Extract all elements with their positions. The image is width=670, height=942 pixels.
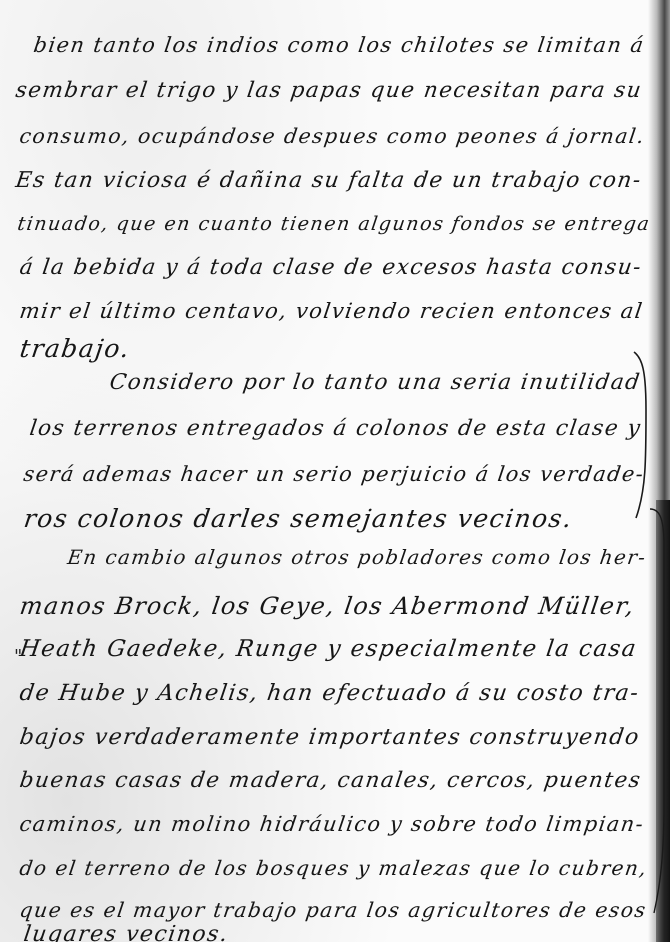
text-line-6: á la bebida y á toda clase de excesos ha… [18, 255, 644, 280]
manuscript-page: " bien tanto los indios como los chilote… [0, 0, 670, 942]
text-line-21: que es el mayor trabajo para los agricul… [18, 898, 648, 922]
text-line-12: ros colonos darles semejantes vecinos. [22, 504, 575, 533]
text-line-19: caminos, un molino hidráulico y sobre to… [18, 812, 646, 836]
text-line-5: tinuado, que en cuanto tienen algunos fo… [16, 212, 652, 235]
text-line-17: bajos verdaderamente importantes constru… [18, 724, 642, 750]
text-line-1: bien tanto los indios como los chilotes … [32, 33, 646, 57]
text-line-22: lugares vecinos. [22, 922, 230, 942]
text-line-11: será ademas hacer un serio perjuicio á l… [22, 462, 646, 486]
text-line-10: los terrenos entregados á colonos de est… [28, 416, 643, 441]
text-line-15: Heath Gaedeke, Runge y especialmente la … [18, 636, 639, 662]
text-line-7: mir el último centavo, volviendo recien … [18, 298, 645, 323]
margin-bracket-lower-icon [648, 505, 666, 915]
text-line-14: manos Brock, los Geye, los Abermond Müll… [18, 592, 637, 620]
text-line-13: En cambio algunos otros pobladores como … [66, 546, 648, 569]
text-line-2: sembrar el trigo y las papas que necesit… [14, 78, 644, 103]
text-line-9: Considero por lo tanto una seria inutili… [108, 370, 642, 395]
text-line-3: consumo, ocupándose despues como peones … [18, 124, 647, 148]
text-line-8: trabajo. [18, 334, 132, 363]
text-line-4: Es tan viciosa é dañina su falta de un t… [14, 168, 644, 193]
text-line-18: buenas casas de madera, canales, cercos,… [18, 768, 643, 793]
text-line-16: de Hube y Achelis, han efectuado á su co… [18, 680, 641, 706]
text-line-20: do el terreno de los bosques y malezas q… [18, 856, 649, 880]
